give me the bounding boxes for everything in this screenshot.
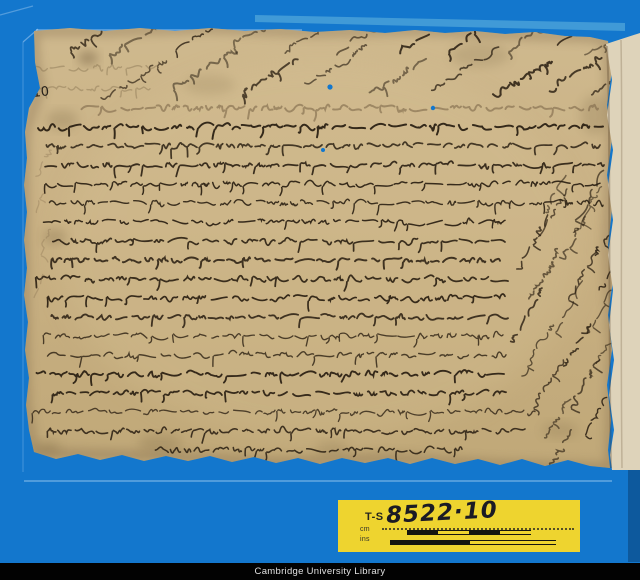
manuscript-photo: 10 — [0, 0, 640, 580]
photo-stage: 10 T-S 8522·10 cm ins Cambridge Universi… — [0, 0, 640, 580]
scale-bar-ins — [390, 540, 556, 545]
scale-bar-cm — [407, 530, 531, 535]
backing-crease — [621, 40, 622, 468]
classmark-prefix: T-S — [365, 511, 384, 523]
classmark-number: 8522·10 — [385, 497, 498, 529]
manuscript-fragment: 10 — [24, 19, 640, 470]
parchment-highlight — [60, 60, 580, 440]
background-shadow — [628, 470, 640, 562]
classmark-label: T-S 8522·10 cm ins — [338, 500, 580, 552]
scale-unit-cm: cm — [360, 526, 370, 533]
scale-unit-ins: ins — [360, 536, 370, 543]
library-credit: Cambridge University Library — [255, 566, 386, 577]
footer-strip: Cambridge University Library — [0, 563, 640, 580]
